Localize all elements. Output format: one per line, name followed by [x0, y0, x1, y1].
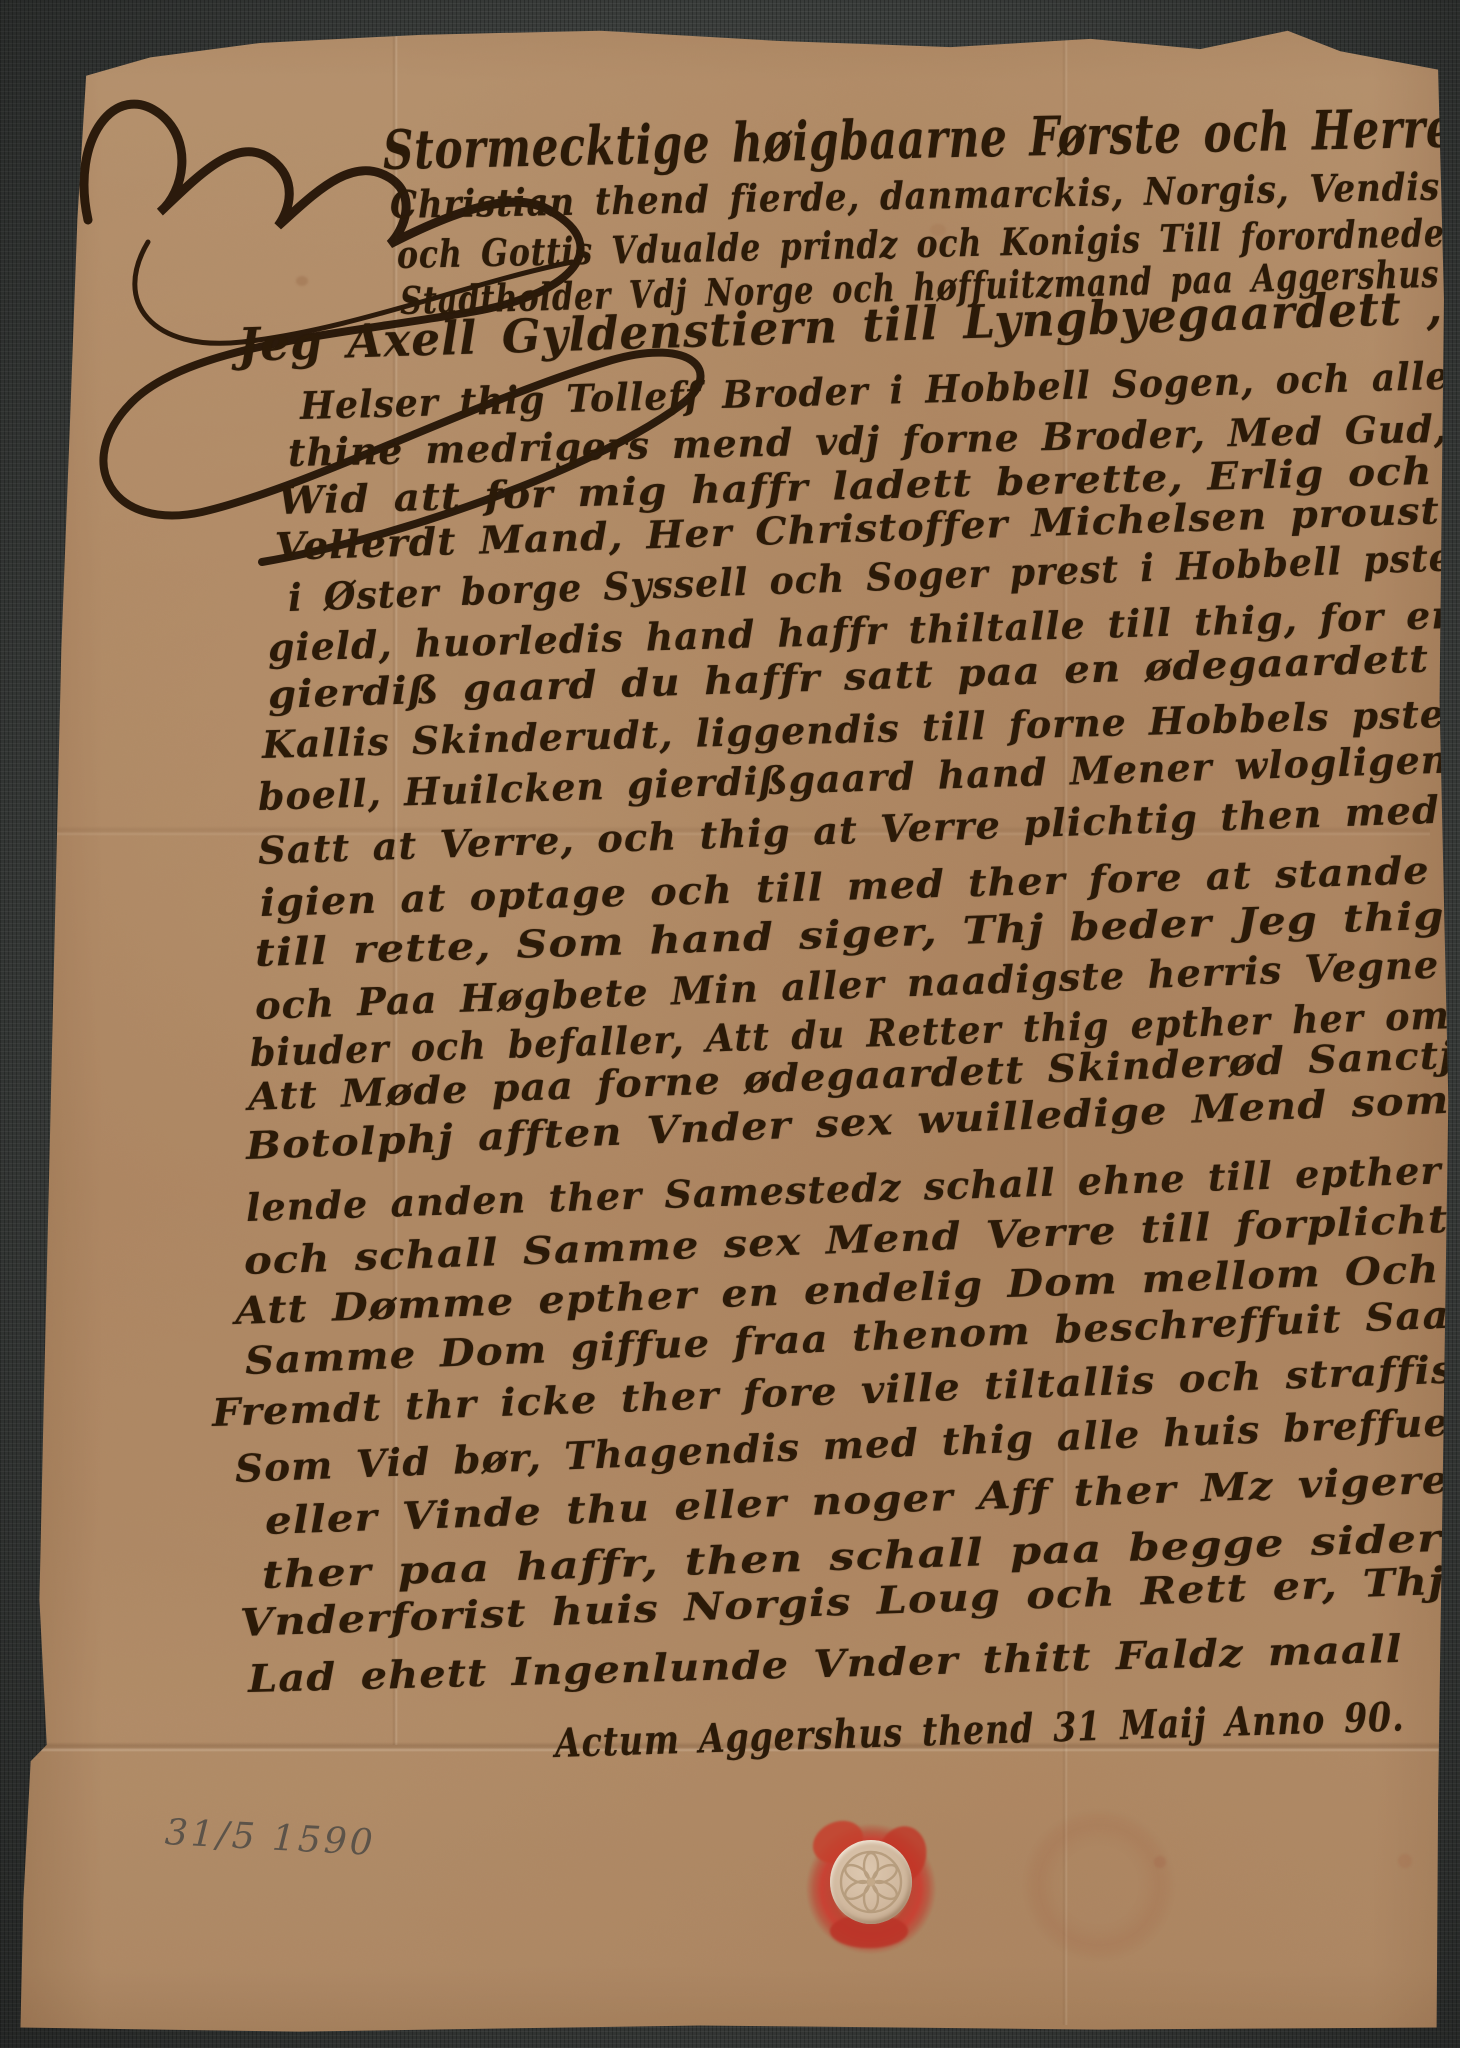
foxing-spot — [1398, 1854, 1412, 1868]
wax-seal — [804, 1816, 938, 1956]
manuscript-page: Stormecktige høigbaarne Første och Herre… — [0, 0, 1460, 2048]
foxing-spot — [296, 276, 308, 286]
foxing-spot — [1154, 1856, 1166, 1868]
photographed-manuscript: Stormecktige høigbaarne Første och Herre… — [0, 0, 1460, 2048]
seal-offset-stain — [1026, 1812, 1172, 1958]
seal-rosette-emblem — [830, 1840, 912, 1924]
foxing-spot — [930, 224, 946, 236]
